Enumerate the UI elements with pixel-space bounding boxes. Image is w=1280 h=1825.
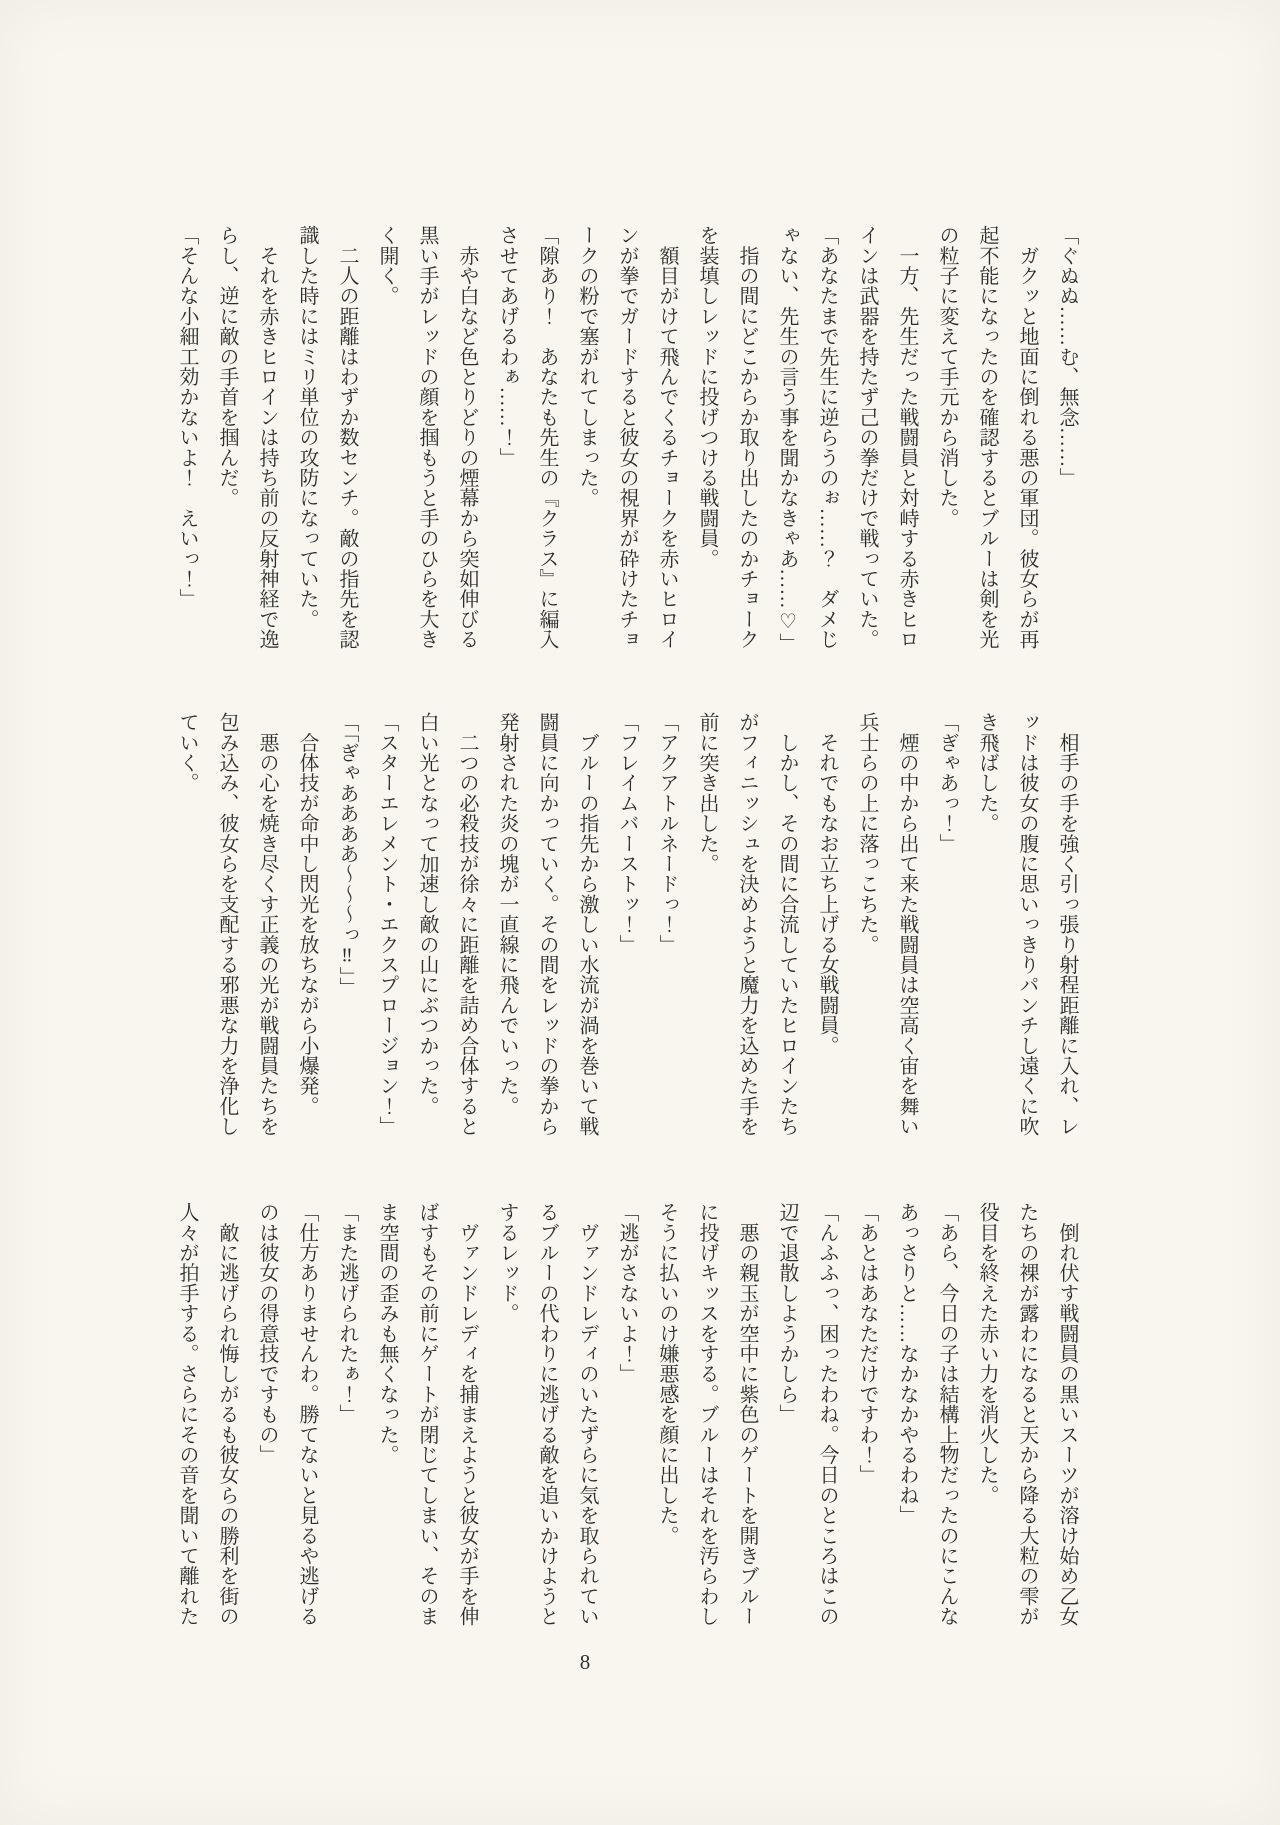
text-column: ゃない、先生の言う事を聞かなきゃあ……♡」: [767, 225, 807, 677]
story-text-block-top: 「ぐぬぬ……む、無念……」 ガクッと地面に倒れる悪の軍団。彼女らが再起不能になっ…: [167, 225, 1087, 677]
text-column: 闘員に向かっていく。その間をレッドの拳から: [527, 712, 567, 1164]
text-column: ま空間の歪みも無くなった。: [367, 1202, 407, 1654]
text-column: 「アクアトルネードっ！」: [647, 712, 687, 1164]
text-column: 二人の距離はわずか数センチ。敵の指先を認: [327, 225, 367, 677]
text-column: 合体技が命中し閃光を放ちながら小爆発。: [287, 712, 327, 1164]
text-column: 「また逃げられたぁ！」: [327, 1202, 367, 1654]
text-column: 「あとはあなただけですわ！」: [847, 1202, 887, 1654]
story-text-block-middle: 相手の手を強く引っ張り射程距離に入れ、レッドは彼女の腹に思いっきりパンチし遠くに…: [167, 712, 1087, 1164]
text-column: 額目がけて飛んでくるチョークを赤いヒロイ: [647, 225, 687, 677]
text-column: 「んふふっ、困ったわね。今日のところはこの: [807, 1202, 847, 1654]
text-column: ガクッと地面に倒れる悪の軍団。彼女らが再: [1007, 225, 1047, 677]
text-column: 「ぐぬぬ……む、無念……」: [1047, 225, 1087, 677]
text-column: 赤や白など色とりどりの煙幕から突如伸びる: [447, 225, 487, 677]
text-column: 識した時にはミリ単位の攻防になっていた。: [287, 225, 327, 677]
text-column: するレッド。: [487, 1202, 527, 1654]
story-text-block-bottom: 倒れ伏す戦闘員の黒いスーツが溶け始め乙女たちの裸が露わになると天から降る大粒の雫…: [167, 1202, 1087, 1654]
text-column: そうに払いのけ嫌悪感を顔に出した。: [647, 1202, 687, 1654]
text-column: 悪の心を焼き尽くす正義の光が戦闘員たちを: [247, 712, 287, 1164]
text-column: く開く。: [367, 225, 407, 677]
page-number: 8: [0, 1650, 1170, 1675]
text-column: を装填しレッドに投げつける戦闘員。: [687, 225, 727, 677]
text-column: 「そんな小細工効かないよ！ えいっ！」: [167, 225, 207, 677]
text-column: 悪の親玉が空中に紫色のゲートを開きブルー: [727, 1202, 767, 1654]
text-column: ークの粉で塞がれてしまった。: [567, 225, 607, 677]
text-column: 「ぎゃあっ！」: [927, 712, 967, 1164]
text-column: 「あら、今日の子は結構上物だったのにこんな: [927, 1202, 967, 1654]
text-column: 黒い手がレッドの顔を掴もうと手のひらを大き: [407, 225, 447, 677]
text-column: 一方、先生だった戦闘員と対峙する赤きヒロ: [887, 225, 927, 677]
text-column: らし、逆に敵の手首を掴んだ。: [207, 225, 247, 677]
text-column: 「逃がさないよ！」: [607, 1202, 647, 1654]
text-column: 辺で退散しようかしら」: [767, 1202, 807, 1654]
text-column: それでもなお立ち上げる女戦闘員。: [807, 712, 847, 1164]
text-column: ブルーの指先から激しい水流が渦を巻いて戦: [567, 712, 607, 1164]
text-column: 敵に逃げられ悔しがるも彼女らの勝利を街の: [207, 1202, 247, 1654]
text-column: 役目を終えた赤い力を消火した。: [967, 1202, 1007, 1654]
text-column: しかし、その間に合流していたヒロインたち: [767, 712, 807, 1164]
text-column: 「フレイムバーストッ！」: [607, 712, 647, 1164]
text-column: ッドは彼女の腹に思いっきりパンチし遠くに吹: [1007, 712, 1047, 1164]
text-column: に投げキッスをする。ブルーはそれを汚らわし: [687, 1202, 727, 1654]
text-column: それを赤きヒロインは持ち前の反射神経で逸: [247, 225, 287, 677]
text-column: 包み込み、彼女らを支配する邪悪な力を浄化し: [207, 712, 247, 1164]
text-column: たちの裸が露わになると天から降る大粒の雫が: [1007, 1202, 1047, 1654]
text-column: 「隙あり！ あなたも先生の『クラス』に編入: [527, 225, 567, 677]
text-column: 発射された炎の塊が一直線に飛んでいった。: [487, 712, 527, 1164]
text-column: るブルーの代わりに逃げる敵を追いかけようと: [527, 1202, 567, 1654]
text-column: 人々が拍手する。さらにその音を聞いて離れた: [167, 1202, 207, 1654]
text-column: 兵士らの上に落っこちた。: [847, 712, 887, 1164]
text-column: 相手の手を強く引っ張り射程距離に入れ、レ: [1047, 712, 1087, 1164]
text-column: 倒れ伏す戦闘員の黒いスーツが溶け始め乙女: [1047, 1202, 1087, 1654]
text-column: 煙の中から出て来た戦闘員は空高く宙を舞い: [887, 712, 927, 1164]
text-column: き飛ばした。: [967, 712, 1007, 1164]
text-column: 指の間にどこからか取り出したのかチョーク: [727, 225, 767, 677]
scanned-novel-page: 「ぐぬぬ……む、無念……」 ガクッと地面に倒れる悪の軍団。彼女らが再起不能になっ…: [0, 0, 1280, 1825]
text-column: がフィニッシュを決めようと魔力を込めた手を: [727, 712, 767, 1164]
text-column: 「仕方ありませんわ。勝てないと見るや逃げる: [287, 1202, 327, 1654]
text-column: ばすもその前にゲートが閉じてしまい、そのま: [407, 1202, 447, 1654]
text-column: 起不能になったのを確認するとブルーは剣を光: [967, 225, 1007, 677]
text-column: ヴァンドレディを捕まえようと彼女が手を伸: [447, 1202, 487, 1654]
text-column: インは武器を持たず己の拳だけで戦っていた。: [847, 225, 887, 677]
text-column: 二つの必殺技が徐々に距離を詰め合体すると: [447, 712, 487, 1164]
text-column: させてあげるわぁ……！」: [487, 225, 527, 677]
text-column: 前に突き出した。: [687, 712, 727, 1164]
text-column: ヴァンドレディのいたずらに気を取られてい: [567, 1202, 607, 1654]
text-column: の粒子に変えて手元から消した。: [927, 225, 967, 677]
text-column: ンが拳でガードすると彼女の視界が砕けたチョ: [607, 225, 647, 677]
text-column: 「スターエレメント・エクスプロージョン！」: [367, 712, 407, 1164]
text-column: ていく。: [167, 712, 207, 1164]
text-column: 白い光となって加速し敵の山にぶつかった。: [407, 712, 447, 1164]
text-column: あっさりと……なかなかやるわね」: [887, 1202, 927, 1654]
text-column: のは彼女の得意技ですもの」: [247, 1202, 287, 1654]
text-column: 「あなたまで先生に逆らうのぉ……？ ダメじ: [807, 225, 847, 677]
text-column: 「「ぎゃああああ～～～っ‼」」: [327, 712, 367, 1164]
